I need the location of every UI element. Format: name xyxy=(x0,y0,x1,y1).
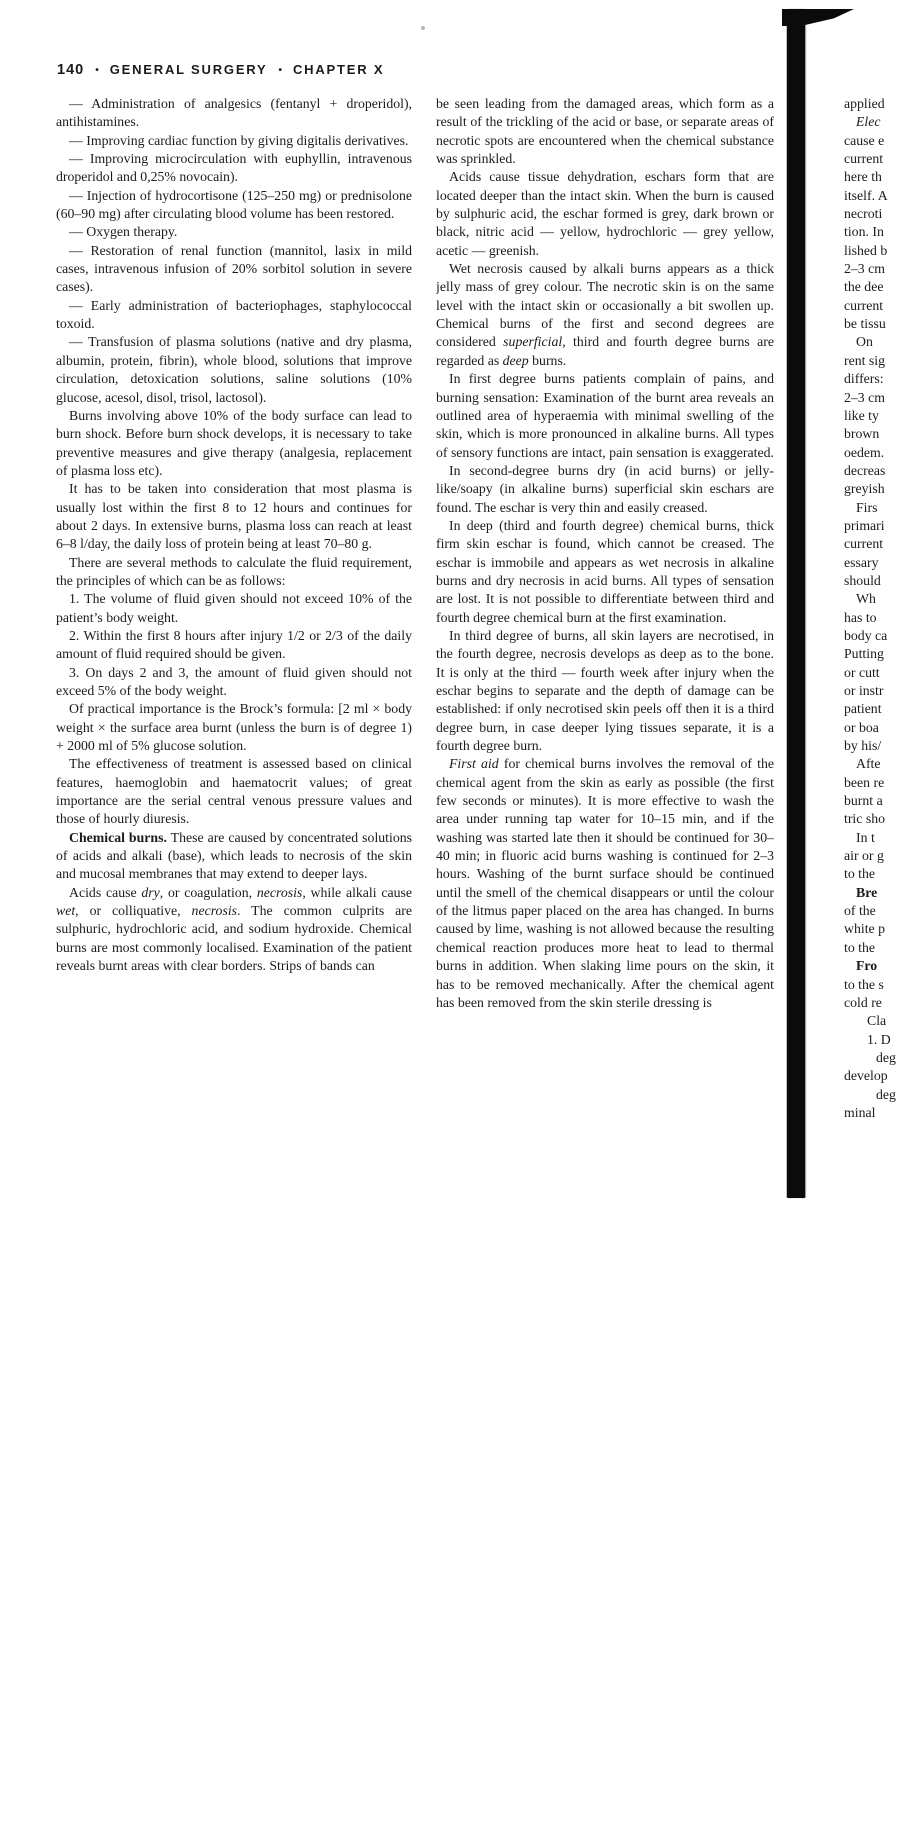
clipped-text-line: lished b xyxy=(844,242,899,260)
clipped-text-line: itself. A xyxy=(844,187,899,205)
clipped-text-line: the dee xyxy=(844,278,899,296)
text-paragraph: 1. The volume of fluid given should not … xyxy=(56,590,412,627)
clipped-text-line: On xyxy=(844,333,899,351)
clipped-text-line: deg xyxy=(844,1086,899,1104)
text-run: — Restoration of renal function (mannito… xyxy=(56,243,412,295)
text-paragraph: Acids cause tissue dehydration, eschars … xyxy=(436,168,774,260)
chapter-label: CHAPTER X xyxy=(293,62,384,77)
text-run: Chemical burns. xyxy=(69,830,167,845)
clipped-text-line: or cutt xyxy=(844,664,899,682)
text-run: In second-degree burns dry (in acid burn… xyxy=(436,463,774,515)
clipped-text-line: Fro xyxy=(844,957,899,975)
clipped-text-line: to the xyxy=(844,939,899,957)
clipped-text-line: be tissu xyxy=(844,315,899,333)
clipped-text-line: Wh xyxy=(844,590,899,608)
text-run: — Early administration of bacteriophages… xyxy=(56,298,412,331)
clipped-text-line: Elec xyxy=(844,113,899,131)
text-paragraph: — Oxygen therapy. xyxy=(56,223,412,241)
text-run: — Improving cardiac function by giving d… xyxy=(69,133,408,148)
clipped-text-line: deg xyxy=(844,1049,899,1067)
clipped-text-line: 2–3 cm xyxy=(844,389,899,407)
clipped-text-line: should xyxy=(844,572,899,590)
clipped-text-line: patient xyxy=(844,700,899,718)
clipped-text-line: tric sho xyxy=(844,810,899,828)
text-paragraph: — Transfusion of plasma solutions (nativ… xyxy=(56,333,412,406)
scan-speck-artifact xyxy=(421,26,425,30)
clipped-text-line: minal xyxy=(844,1104,899,1122)
text-run: — Improving microcirculation with euphyl… xyxy=(56,151,412,184)
page-number: 140 xyxy=(57,62,84,78)
text-run: In first degree burns patients complain … xyxy=(436,371,774,459)
clipped-text-line: Firs xyxy=(844,499,899,517)
text-column-partial-clipped: appliedEleccause ecurrenthere thitself. … xyxy=(844,95,899,1122)
text-run: wet xyxy=(56,903,75,918)
clipped-text-line: greyish xyxy=(844,480,899,498)
book-page: 140•GENERAL SURGERY•CHAPTER X — Administ… xyxy=(0,0,899,1836)
text-paragraph: Wet necrosis caused by alkali burns appe… xyxy=(436,260,774,370)
text-paragraph: — Restoration of renal function (mannito… xyxy=(56,242,412,297)
text-paragraph: 3. On days 2 and 3, the amount of fluid … xyxy=(56,664,412,701)
text-run: necrosis xyxy=(257,885,302,900)
text-paragraph: — Administration of analgesics (fentanyl… xyxy=(56,95,412,132)
text-paragraph: be seen leading from the damaged areas, … xyxy=(436,95,774,168)
clipped-text-line: Bre xyxy=(844,884,899,902)
text-run: necrosis xyxy=(192,903,237,918)
clipped-text-line: white p xyxy=(844,920,899,938)
text-run: 2. Within the first 8 hours after injury… xyxy=(56,628,412,661)
clipped-text-line: current xyxy=(844,535,899,553)
text-paragraph: It has to be taken into consideration th… xyxy=(56,480,412,553)
clipped-text-line: brown xyxy=(844,425,899,443)
clipped-text-line: body ca xyxy=(844,627,899,645)
clipped-text-line: to the s xyxy=(844,976,899,994)
book-title: GENERAL SURGERY xyxy=(110,62,268,77)
clipped-text-line: cause e xyxy=(844,132,899,150)
clipped-text-line: tion. In xyxy=(844,223,899,241)
clipped-text-line: has to xyxy=(844,609,899,627)
clipped-text-line: primari xyxy=(844,517,899,535)
text-paragraph: 2. Within the first 8 hours after injury… xyxy=(56,627,412,664)
header-separator-dot: • xyxy=(278,65,282,76)
clipped-text-line: Afte xyxy=(844,755,899,773)
text-run: for chemical burns involves the removal … xyxy=(436,756,774,1009)
clipped-text-line: Cla xyxy=(844,1012,899,1030)
text-paragraph: — Injection of hydrocortisone (125–250 m… xyxy=(56,187,412,224)
clipped-text-line: necroti xyxy=(844,205,899,223)
clipped-text-line: like ty xyxy=(844,407,899,425)
text-run: It has to be taken into consideration th… xyxy=(56,481,412,551)
text-run: Of practical importance is the Brock’s f… xyxy=(56,701,412,753)
scan-gutter-strip xyxy=(787,9,805,1198)
clipped-text-line: or instr xyxy=(844,682,899,700)
text-paragraph: Acids cause dry, or coagulation, necrosi… xyxy=(56,884,412,976)
text-run: First aid xyxy=(449,756,499,771)
clipped-text-line: oedem. xyxy=(844,444,899,462)
text-run: burns. xyxy=(529,353,567,368)
text-run: deep xyxy=(503,353,529,368)
clipped-text-line: air or g xyxy=(844,847,899,865)
text-run: In third degree of burns, all skin layer… xyxy=(436,628,774,753)
clipped-text-line: Putting xyxy=(844,645,899,663)
clipped-text-line: applied xyxy=(844,95,899,113)
text-column-right: be seen leading from the damaged areas, … xyxy=(436,95,774,1012)
text-run: — Transfusion of plasma solutions (nativ… xyxy=(56,334,412,404)
text-run: Acids cause tissue dehydration, eschars … xyxy=(436,169,774,257)
text-run: — Administration of analgesics (fentanyl… xyxy=(56,96,412,129)
text-run: , or colliquative, xyxy=(75,903,191,918)
text-paragraph: Burns involving above 10% of the body su… xyxy=(56,407,412,480)
clipped-text-line: decreas xyxy=(844,462,899,480)
text-paragraph: Of practical importance is the Brock’s f… xyxy=(56,700,412,755)
text-run: , while alkali cause xyxy=(302,885,412,900)
clipped-text-line: of the xyxy=(844,902,899,920)
clipped-text-line: cold re xyxy=(844,994,899,1012)
clipped-text-line: develop xyxy=(844,1067,899,1085)
text-paragraph: In deep (third and fourth degree) chemic… xyxy=(436,517,774,627)
clipped-text-line: to the xyxy=(844,865,899,883)
clipped-text-line: or boa xyxy=(844,719,899,737)
text-paragraph: Chemical burns. These are caused by conc… xyxy=(56,829,412,884)
text-paragraph: — Improving microcirculation with euphyl… xyxy=(56,150,412,187)
clipped-text-line: differs: xyxy=(844,370,899,388)
text-run: There are several methods to calculate t… xyxy=(56,555,412,588)
text-run: be seen leading from the damaged areas, … xyxy=(436,96,774,166)
text-run: Acids cause xyxy=(69,885,141,900)
clipped-text-line: here th xyxy=(844,168,899,186)
clipped-text-line: been re xyxy=(844,774,899,792)
clipped-text-line: current xyxy=(844,150,899,168)
clipped-text-line: In t xyxy=(844,829,899,847)
text-run: — Oxygen therapy. xyxy=(69,224,177,239)
scan-gutter-strip-top-flare xyxy=(782,9,854,26)
text-run: 3. On days 2 and 3, the amount of fluid … xyxy=(56,665,412,698)
text-run: , or coagulation, xyxy=(160,885,257,900)
text-run: — Injection of hydrocortisone (125–250 m… xyxy=(56,188,412,221)
text-paragraph: First aid for chemical burns involves th… xyxy=(436,755,774,1012)
clipped-text-line: essary xyxy=(844,554,899,572)
clipped-text-line: current xyxy=(844,297,899,315)
text-paragraph: There are several methods to calculate t… xyxy=(56,554,412,591)
text-paragraph: The effectiveness of treatment is assess… xyxy=(56,755,412,828)
clipped-text-line: rent sig xyxy=(844,352,899,370)
clipped-text-line: burnt a xyxy=(844,792,899,810)
text-run: The effectiveness of treatment is assess… xyxy=(56,756,412,826)
text-paragraph: — Early administration of bacteriophages… xyxy=(56,297,412,334)
text-paragraph: In third degree of burns, all skin layer… xyxy=(436,627,774,755)
running-header: 140•GENERAL SURGERY•CHAPTER X xyxy=(57,62,577,78)
text-run: dry xyxy=(141,885,159,900)
text-run: 1. The volume of fluid given should not … xyxy=(56,591,412,624)
text-run: Burns involving above 10% of the body su… xyxy=(56,408,412,478)
text-column-left: — Administration of analgesics (fentanyl… xyxy=(56,95,412,976)
text-paragraph: In first degree burns patients complain … xyxy=(436,370,774,462)
header-separator-dot: • xyxy=(95,65,99,76)
text-run: In deep (third and fourth degree) chemic… xyxy=(436,518,774,625)
text-run: superficial xyxy=(503,334,562,349)
clipped-text-line: 2–3 cm xyxy=(844,260,899,278)
text-paragraph: — Improving cardiac function by giving d… xyxy=(56,132,412,150)
text-paragraph: In second-degree burns dry (in acid burn… xyxy=(436,462,774,517)
clipped-text-line: by his/ xyxy=(844,737,899,755)
clipped-text-line: 1. D xyxy=(844,1031,899,1049)
